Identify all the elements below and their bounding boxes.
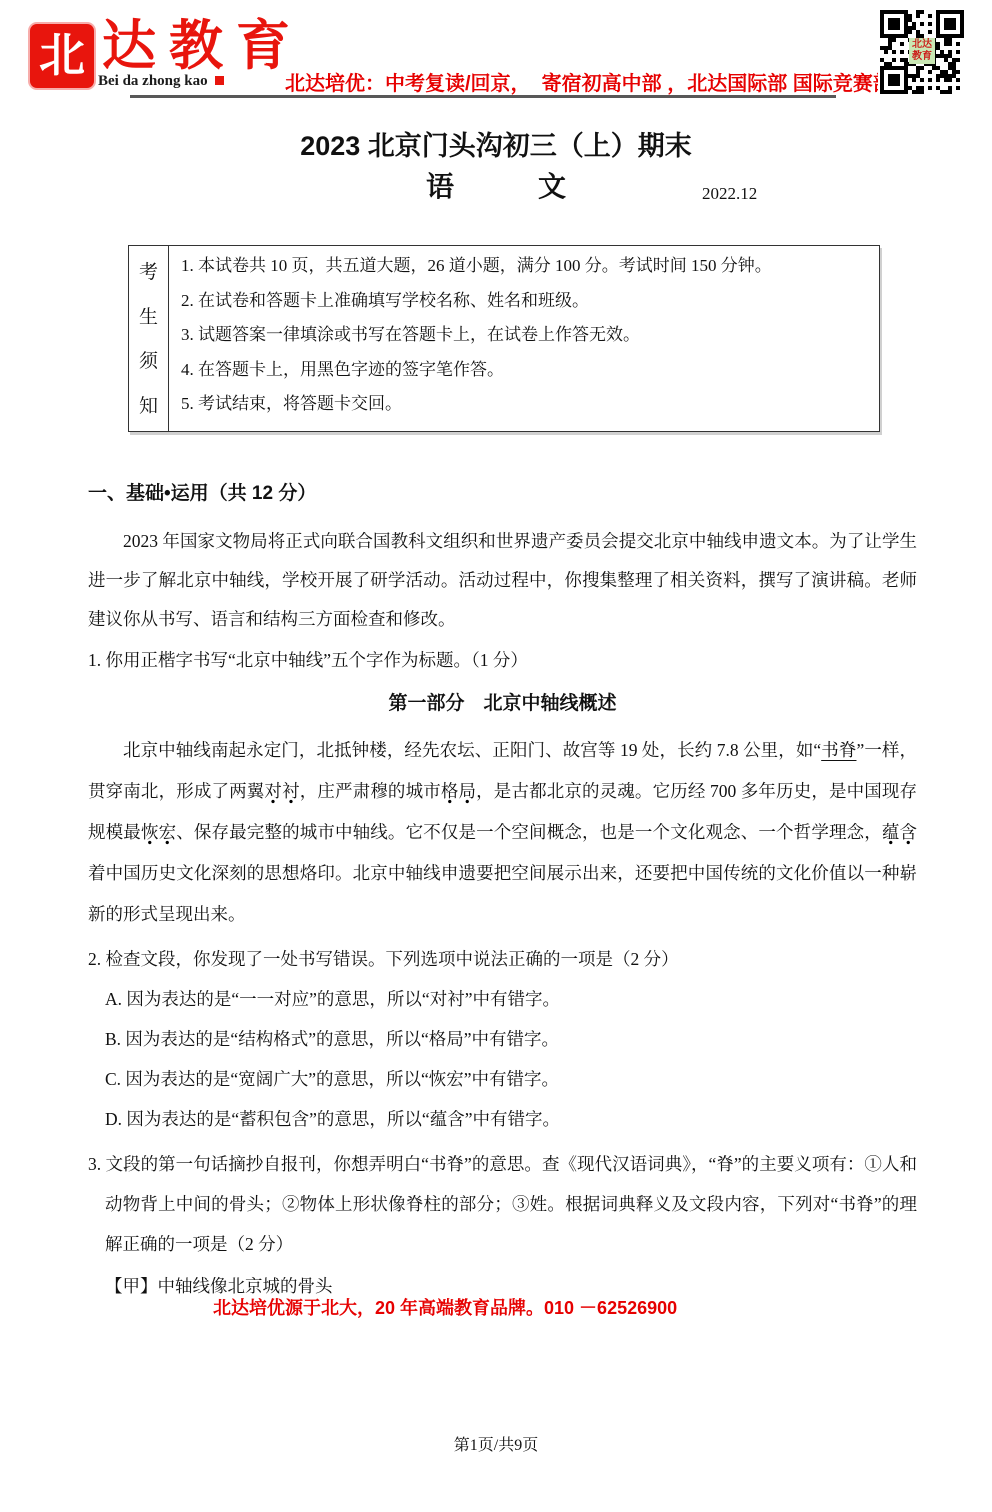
exam-page: 北 达教育 Bei da zhong kao 北达培优：中考复读/回京， 寄宿初… (0, 0, 992, 1512)
option-c: C. 因为表达的是“宽阔广大”的意思，所以“恢宏”中有错字。 (88, 1059, 917, 1099)
header-divider (130, 95, 836, 98)
brand-seal-char: 北 (39, 33, 85, 79)
brand-name-en: Bei da zhong kao (98, 73, 224, 90)
candidate-notice-box: 考 生 须 知 1. 本试卷共 10 页，共五道大题，26 道小题，满分 100… (128, 245, 880, 432)
exam-body: 一、基础•运用（共 12 分） 2023 年国家文物局将正式向联合国教科文组织和… (88, 480, 917, 1306)
notice-item: 1. 本试卷共 10 页，共五道大题，26 道小题，满分 100 分。考试时间 … (181, 249, 865, 284)
question-3: 3. 文段的第一句话摘抄自报刊，你想弄明白“书脊”的意思。查《现代汉语词典》，“… (88, 1144, 917, 1264)
emphasized-term: 蕴含 (882, 822, 917, 842)
intro-paragraph: 2023 年国家文物局将正式向联合国教科文组织和世界遗产委员会提交北京中轴线申遗… (88, 522, 917, 639)
notice-side-label: 考 生 须 知 (129, 246, 169, 431)
header-banner-text: 北达培优：中考复读/回京， 寄宿初高中部 ，北达国际部 国际竞赛部 (285, 72, 845, 96)
qr-code: 北达教育 (878, 8, 966, 96)
emphasized-term: 格局 (441, 781, 476, 801)
part-heading: 第一部分 北京中轴线概述 (88, 690, 917, 717)
notice-items: 1. 本试卷共 10 页，共五道大题，26 道小题，满分 100 分。考试时间 … (169, 246, 879, 431)
brand-name-cn: 达教育 (102, 16, 303, 76)
subject-title: 语 文 (0, 170, 992, 204)
brand-seal-icon: 北 (30, 24, 94, 88)
question-2-options: A. 因为表达的是“一一对应”的意思，所以“对衬”中有错字。 B. 因为表达的是… (88, 979, 917, 1139)
section-heading: 一、基础•运用（共 12 分） (88, 480, 917, 508)
notice-item: 5. 考试结束，将答题卡交回。 (181, 387, 865, 422)
question-1: 1. 你用正楷字书写“北京中轴线”五个字作为标题。（1 分） (88, 641, 917, 680)
question-2: 2. 检查文段，你发现了一处书写错误。下列选项中说法正确的一项是（2 分） (88, 939, 917, 979)
qr-center-badge: 北达教育 (909, 38, 935, 64)
notice-item: 3. 试题答案一律填涂或书写在答题卡上，在试卷上作答无效。 (181, 318, 865, 353)
notice-item: 2. 在试卷和答题卡上准确填写学校名称、姓名和班级。 (181, 284, 865, 319)
option-a: A. 因为表达的是“一一对应”的意思，所以“对衬”中有错字。 (88, 979, 917, 1019)
notice-item: 4. 在答题卡上，用黑色字迹的签字笔作答。 (181, 353, 865, 388)
passage-text: 北京中轴线南起永定门，北抵钟楼，经先农坛、正阳门、故宫等 19 处，长约 7.8… (88, 730, 917, 935)
promo-footer: 北达培优源于北大，20 年高端教育品牌。010 －62526900 (213, 1297, 677, 1319)
option-b: B. 因为表达的是“结构格式”的意思，所以“格局”中有错字。 (88, 1019, 917, 1059)
emphasized-term: 对衬 (264, 781, 299, 801)
page-number: 第1页/共9页 (0, 1436, 992, 1456)
red-square-icon (215, 76, 224, 85)
exam-title: 2023 北京门头沟初三（上）期末 (0, 130, 992, 162)
option-d: D. 因为表达的是“蓄积包含”的意思，所以“蕴含”中有错字。 (88, 1099, 917, 1139)
exam-date: 2022.12 (702, 184, 757, 204)
emphasized-term: 恢宏 (141, 822, 176, 842)
underlined-term: 书脊 (821, 740, 856, 760)
